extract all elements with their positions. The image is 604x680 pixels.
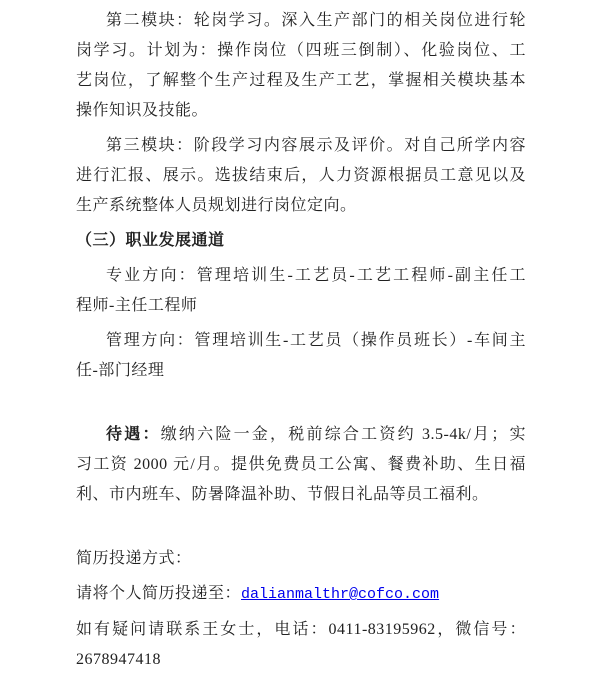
paragraph-line: 管理方向：管理培训生-工艺员（操作员班长）-车间主 xyxy=(76,326,526,356)
paragraph-line: 专业方向：管理培训生-工艺员-工艺工程师-副主任工 xyxy=(76,261,526,291)
paragraph-line: 第三模块：阶段学习内容展示及评价。对自己所学内容 xyxy=(76,131,526,161)
section-heading-career: （三）职业发展通道 xyxy=(76,226,526,256)
paragraph-career-professional: 专业方向：管理培训生-工艺员-工艺工程师-副主任工 程师-主任工程师 xyxy=(76,261,526,321)
paragraph-line: 待遇：缴纳六险一金，税前综合工资约 3.5-4k/月；实 xyxy=(76,420,526,450)
paragraph-line: 请将个人简历投递至：dalianmalthr@cofco.com xyxy=(76,579,526,610)
resume-email-line: 请将个人简历投递至：dalianmalthr@cofco.com xyxy=(76,579,526,610)
paragraph-module2: 第二模块：轮岗学习。深入生产部门的相关岗位进行轮 岗学习。计划为：操作岗位（四班… xyxy=(76,6,526,126)
wechat-number: 2678947418 xyxy=(76,645,526,675)
paragraph-contact: 如有疑问请联系王女士，电话：0411-83195962，微信号： 2678947… xyxy=(76,615,526,675)
paragraph-line: 如有疑问请联系王女士，电话：0411-83195962，微信号： xyxy=(76,615,526,645)
paragraph-line: 艺岗位，了解整个生产过程及生产工艺，掌握相关模块基本 xyxy=(76,66,526,96)
paragraph-line: 进行汇报、展示。选拔结束后，人力资源根据员工意见以及 xyxy=(76,161,526,191)
phone-number: 0411-83195962 xyxy=(329,621,436,638)
paragraph-line: 岗学习。计划为：操作岗位（四班三倒制）、化验岗位、工 xyxy=(76,36,526,66)
email-prefix: 请将个人简历投递至： xyxy=(76,585,241,602)
paragraph-line: 生产系统整体人员规划进行岗位定向。 xyxy=(76,191,526,221)
paragraph-line: 操作知识及技能。 xyxy=(76,96,526,126)
blank-line xyxy=(76,515,526,539)
paragraph-treatment: 待遇：缴纳六险一金，税前综合工资约 3.5-4k/月；实 习工资 2000 元/… xyxy=(76,420,526,510)
email-link[interactable]: dalianmalthr@cofco.com xyxy=(241,586,439,603)
contact-suffix: ，微信号： xyxy=(436,621,526,638)
paragraph-line: 第二模块：轮岗学习。深入生产部门的相关岗位进行轮 xyxy=(76,6,526,36)
resume-method-heading: 简历投递方式： xyxy=(76,544,526,574)
treatment-label: 待遇： xyxy=(106,426,161,443)
paragraph-line: 任-部门经理 xyxy=(76,356,526,386)
paragraph-line: 习工资 2000 元/月。提供免费员工公寓、餐费补助、生日福 xyxy=(76,450,526,480)
paragraph-line: 程师-主任工程师 xyxy=(76,291,526,321)
paragraph-line: 利、市内班车、防暑降温补助、节假日礼品等员工福利。 xyxy=(76,480,526,510)
paragraph-career-management: 管理方向：管理培训生-工艺员（操作员班长）-车间主 任-部门经理 xyxy=(76,326,526,386)
document-page: 第二模块：轮岗学习。深入生产部门的相关岗位进行轮 岗学习。计划为：操作岗位（四班… xyxy=(0,0,604,680)
blank-line xyxy=(76,391,526,415)
paragraph-line: 简历投递方式： xyxy=(76,544,526,574)
contact-prefix: 如有疑问请联系王女士，电话： xyxy=(76,621,329,638)
section-heading-text: （三）职业发展通道 xyxy=(76,226,526,256)
paragraph-module3: 第三模块：阶段学习内容展示及评价。对自己所学内容 进行汇报、展示。选拔结束后，人… xyxy=(76,131,526,221)
treatment-line-rest: 缴纳六险一金，税前综合工资约 3.5-4k/月；实 xyxy=(161,426,526,443)
